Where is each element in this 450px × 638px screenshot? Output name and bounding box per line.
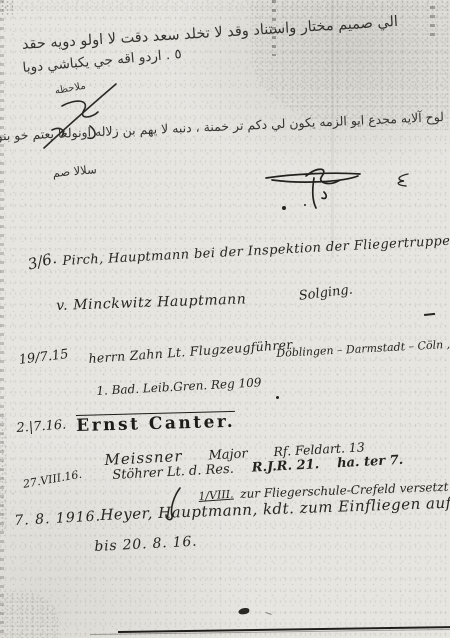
entry2-date: 19/7.15	[18, 347, 69, 368]
scan-noise-top-band	[0, 0, 450, 14]
entry1-text: Pirch, Hauptmann bei der Inspektion der …	[62, 233, 450, 269]
entry3-name: Ernst Canter.	[76, 412, 235, 436]
entry1-line2: v. Minckwitz Hauptmann	[56, 291, 247, 314]
entry3-date: 2.|7.16.	[16, 418, 67, 436]
scan-left-edge-strip	[0, 0, 4, 638]
entry5-unit: R.J.R. 21.	[251, 457, 319, 476]
scan-blob-left-mid	[0, 412, 7, 532]
scan-specks-top-right	[430, 6, 435, 36]
entry1-date: 3/6.	[26, 249, 58, 273]
scan-blob-top-left	[0, 0, 13, 15]
entry6-date: 7. 8. 1916.	[14, 508, 101, 529]
scanned-document-page: الي صميم مختار واستناد وقد لا تخلد سعد د…	[0, 0, 450, 638]
entry2-route: Döblingen – Darmstadt – Cöln ,	[276, 338, 450, 360]
scan-blob-bottom-left	[0, 592, 58, 638]
entry2-text: herrn Zahn Lt. Flugzeugführer	[88, 337, 293, 366]
paraph-signature-mark	[262, 156, 366, 212]
entry5-extra: ha. ter 7.	[337, 453, 404, 471]
entry2-unit: 1. Bad. Leib.Gren. Reg 109	[96, 375, 262, 398]
ink-blot-bottom-center	[238, 607, 250, 614]
fold-crease-line	[331, 0, 334, 258]
ink-dot-3	[276, 396, 279, 399]
small-squiggle-right-margin	[392, 172, 412, 188]
entry1-note: Solging.	[298, 282, 354, 303]
ottoman-small-word: سلالا صم	[52, 162, 97, 180]
entry6-line2: bis 20. 8. 16.	[94, 534, 198, 555]
ink-dash-right-margin	[424, 313, 435, 316]
ink-tick-bottom-center	[266, 612, 272, 615]
ottoman-signature-flourish	[32, 78, 128, 154]
entry5-date: 27.VIII.16.	[22, 468, 83, 491]
